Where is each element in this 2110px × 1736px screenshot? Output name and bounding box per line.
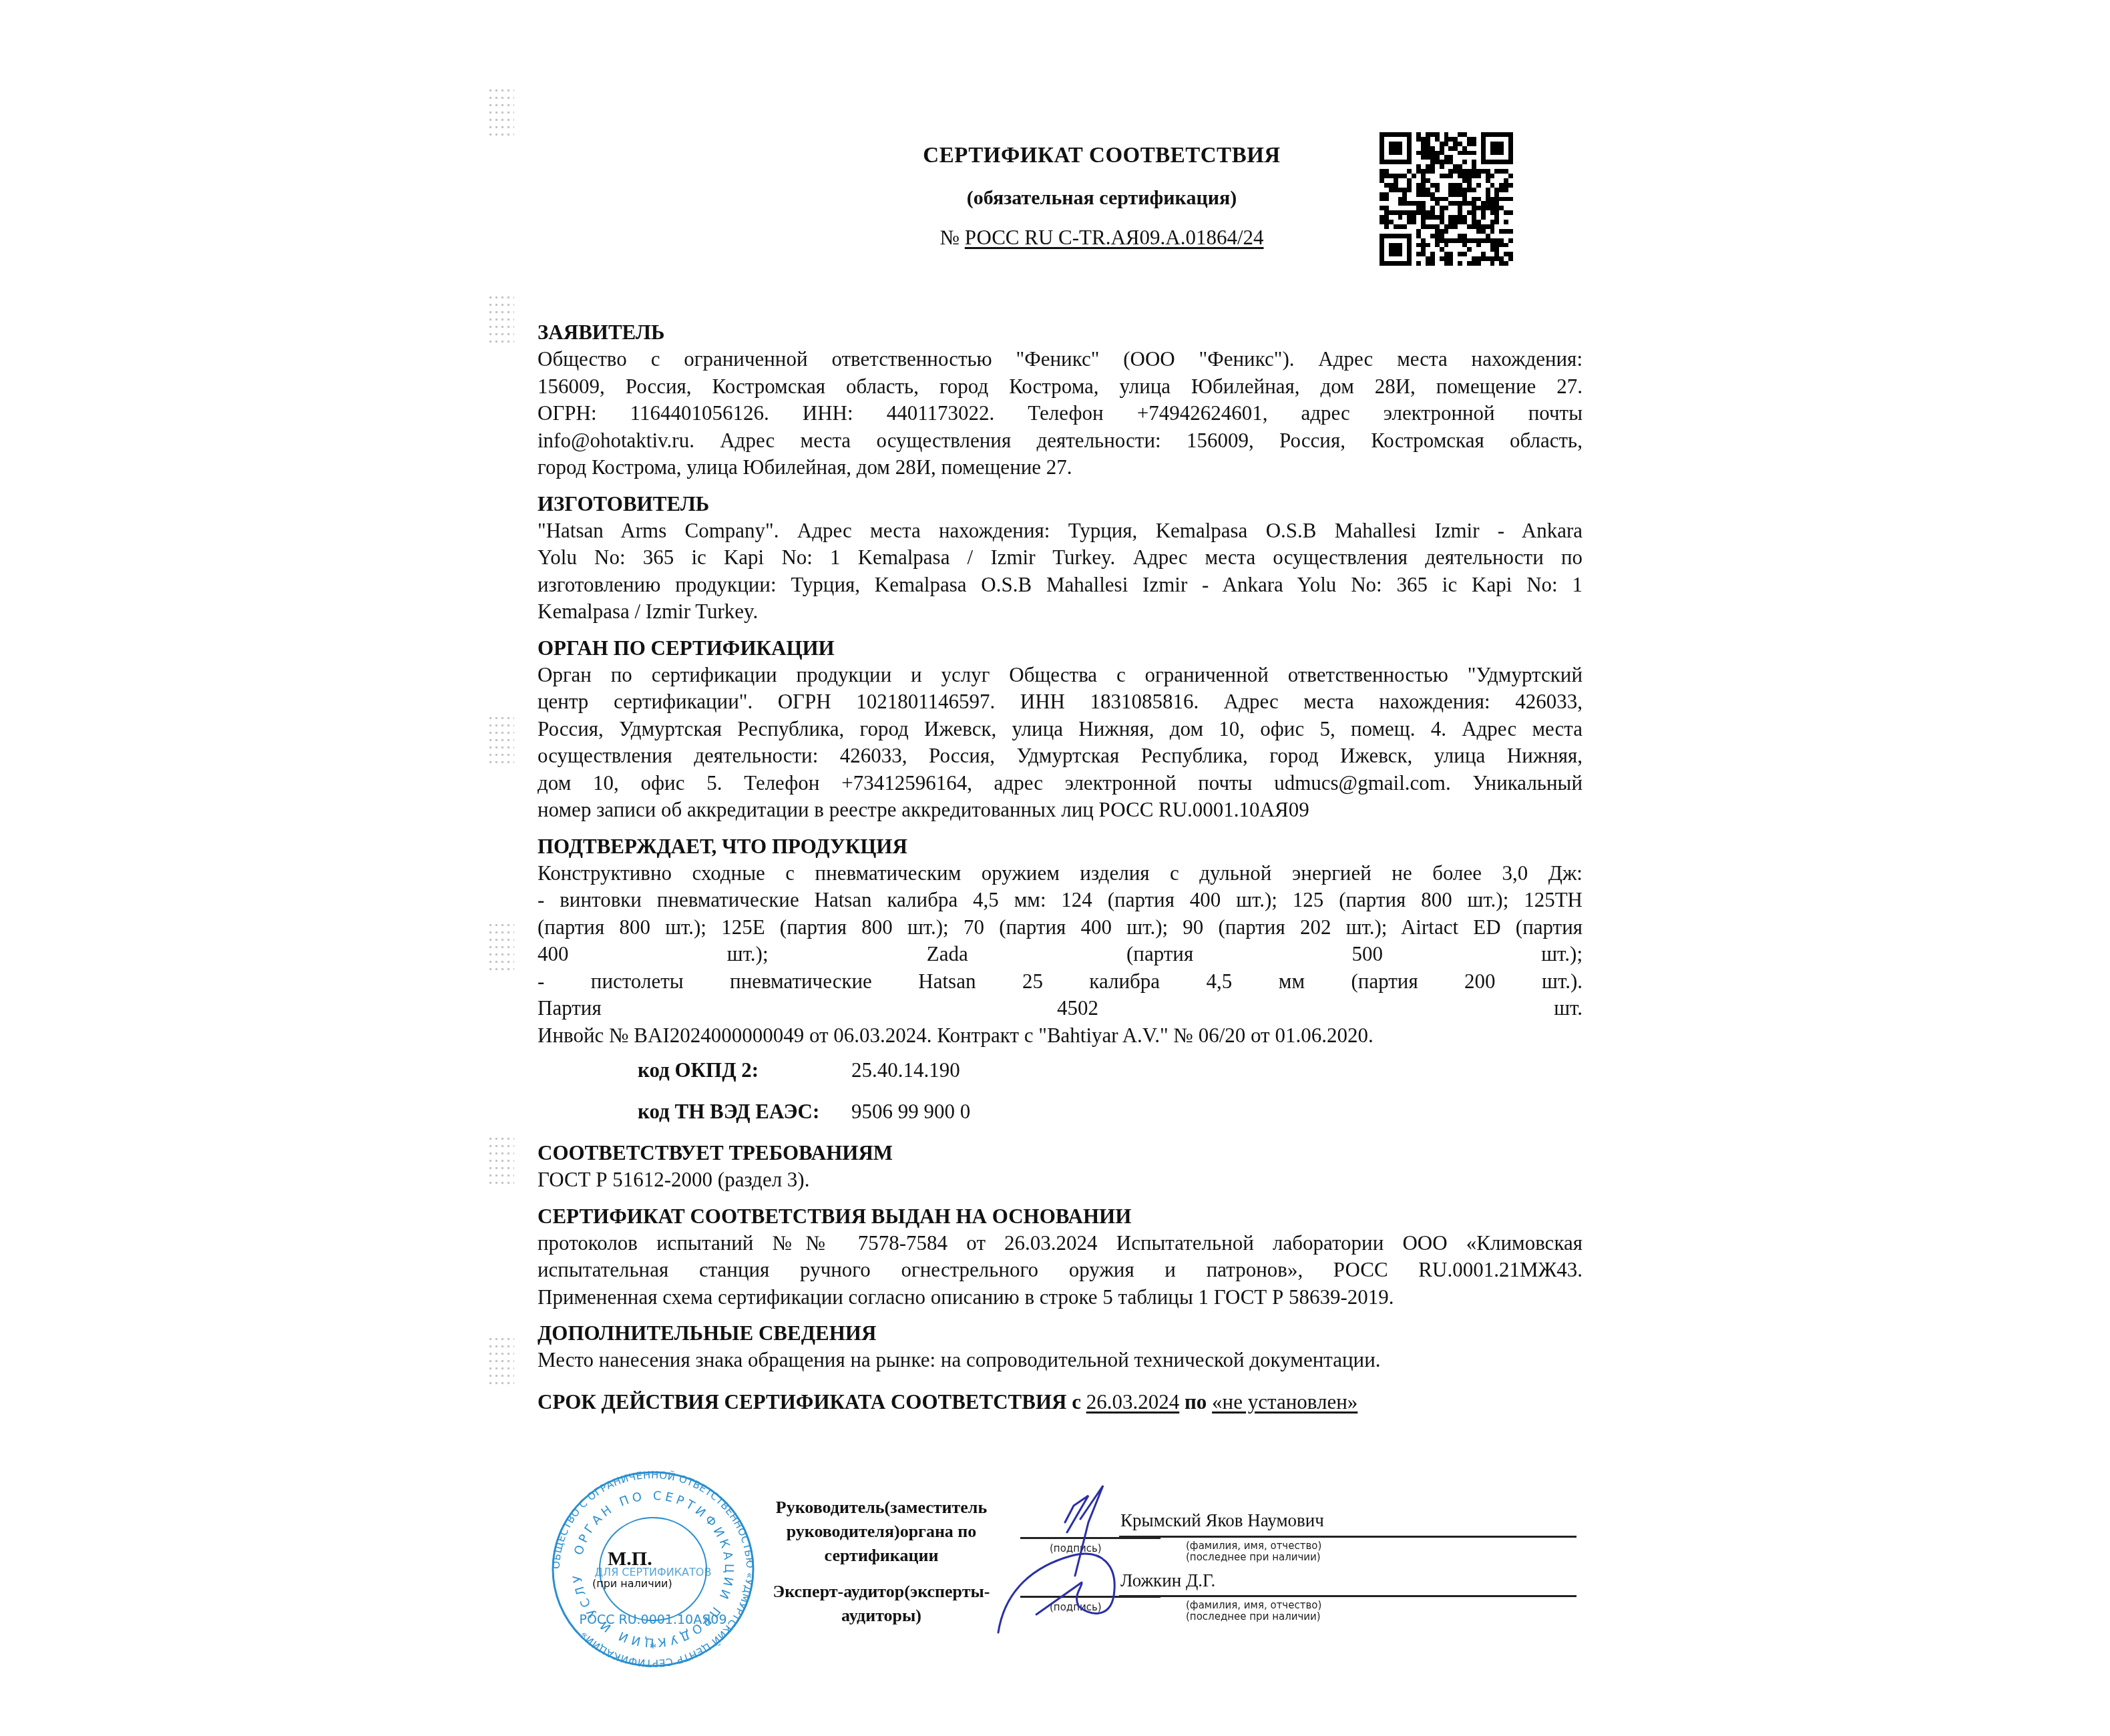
- stamp-note: (при наличии): [592, 1577, 672, 1590]
- validity-label: СРОК ДЕЙСТВИЯ СЕРТИФИКАТА СООТВЕТСТВИЯ: [538, 1390, 1066, 1414]
- code-value: 9506 99 900 0: [851, 1098, 970, 1125]
- text-line: info@ohotaktiv.ru. Адрес места осуществл…: [538, 427, 1582, 455]
- text-line: Kemalpasa / Izmir Turkey.: [538, 598, 1582, 626]
- text-line: изготовлению продукции: Турция, Kemalpas…: [538, 572, 1582, 599]
- text-line: Эксперт-аудитор: [773, 1582, 905, 1601]
- text-line: Орган по сертификации продукции и услуг …: [538, 662, 1582, 689]
- text-line: дом 10, офис 5. Телефон +73412596164, ад…: [538, 770, 1582, 797]
- code-label: код ОКПД 2:: [638, 1057, 851, 1084]
- section-heading: ДОПОЛНИТЕЛЬНЫЕ СВЕДЕНИЯ: [538, 1320, 1582, 1347]
- code-value: 25.40.14.190: [851, 1057, 960, 1084]
- text-line: испытательная станция ручного огнестрель…: [538, 1257, 1582, 1284]
- section-heading: ОРГАН ПО СЕРТИФИКАЦИИ: [538, 635, 1582, 662]
- text-line: ОГРН: 1164401056126. ИНН: 4401173022. Те…: [538, 400, 1582, 427]
- scan-artifact: [487, 294, 514, 347]
- validity-from-prefix: с: [1072, 1390, 1081, 1414]
- text-line: номер записи об аккредитации в реестре а…: [538, 797, 1582, 824]
- text-line: "Hatsan Arms Company". Адрес места нахож…: [538, 517, 1582, 545]
- validity-from-date: 26.03.2024: [1086, 1390, 1180, 1414]
- text-line: протоколов испытаний №№ 7578-7584 от 26.…: [538, 1230, 1582, 1257]
- certificate-page: СЕРТИФИКАТ СООТВЕТСТВИЯ (обязательная се…: [0, 0, 2110, 1736]
- svg-text:РОСС RU.0001.10АЯ09: РОСС RU.0001.10АЯ09: [579, 1612, 726, 1627]
- section-text: Орган по сертификации продукции и услуг …: [538, 662, 1582, 824]
- section-text: Конструктивно сходные с пневматическим о…: [538, 860, 1582, 1050]
- code-tnved: код ТН ВЭД ЕАЭС: 9506 99 900 0: [638, 1098, 1582, 1125]
- text-line: - пистолеты пневматические Hatsan 25 кал…: [538, 968, 1582, 996]
- text-line: ГОСТ Р 51612-2000 (раздел 3).: [538, 1166, 1582, 1194]
- role-expert: Эксперт-аудитор(эксперты-аудиторы): [741, 1580, 1022, 1628]
- section-heading: ПОДТВЕРЖДАЕТ, ЧТО ПРОДУКЦИЯ: [538, 833, 1582, 860]
- text-line: Примененная схема сертификации согласно …: [538, 1284, 1582, 1311]
- text-line: Конструктивно сходные с пневматическим о…: [538, 860, 1582, 887]
- stamp-mark: М.П.: [608, 1548, 652, 1570]
- signatory-roles: Руководитель(заместитель руководителя)ор…: [741, 1496, 1022, 1628]
- text-line: (партия 800 шт.); 125E (партия 800 шт.);…: [538, 914, 1582, 941]
- section-heading: СООТВЕТСТВУЕТ ТРЕБОВАНИЯМ: [538, 1140, 1582, 1166]
- scan-artifact: [487, 1135, 514, 1188]
- text-line: Россия, Удмуртская Республика, город Иже…: [538, 716, 1582, 743]
- certificate-number: № РОСС RU С-TR.АЯ09.А.01864/24: [801, 226, 1402, 250]
- section-basis: СЕРТИФИКАТ СООТВЕТСТВИЯ ВЫДАН НА ОСНОВАН…: [538, 1203, 1582, 1311]
- text-line: город Кострома, улица Юбилейная, дом 28И…: [538, 454, 1582, 481]
- section-text: протоколов испытаний №№ 7578-7584 от 26.…: [538, 1230, 1582, 1311]
- scan-artifact: [487, 1335, 514, 1389]
- qr-code-icon[interactable]: [1380, 132, 1513, 266]
- section-text: Место нанесения знака обращения на рынке…: [538, 1347, 1582, 1374]
- certificate-body: ЗАЯВИТЕЛЬ Общество с ограниченной ответс…: [538, 319, 1582, 1416]
- text-line: 400 шт.); Zada (партия 500 шт.);: [538, 941, 1582, 968]
- section-manufacturer: ИЗГОТОВИТЕЛЬ "Hatsan Arms Company". Адре…: [538, 491, 1582, 626]
- text-line: - винтовки пневматические Hatsan калибра…: [538, 887, 1582, 914]
- role-head: Руководитель(заместитель руководителя)ор…: [741, 1496, 1022, 1568]
- number-value: РОСС RU С-TR.АЯ09.А.01864/24: [965, 226, 1264, 249]
- section-requirements: СООТВЕТСТВУЕТ ТРЕБОВАНИЯМ ГОСТ Р 51612-2…: [538, 1140, 1582, 1194]
- section-applicant: ЗАЯВИТЕЛЬ Общество с ограниченной ответс…: [538, 319, 1582, 481]
- code-okpd2: код ОКПД 2: 25.40.14.190: [638, 1057, 1582, 1084]
- official-stamp-icon: ОБЩЕСТВО С ОГРАНИЧЕННОЙ ОТВЕТСТВЕННОСТЬЮ…: [549, 1469, 757, 1669]
- validity-period: СРОК ДЕЙСТВИЯ СЕРТИФИКАТА СООТВЕТСТВИЯ с…: [538, 1389, 1582, 1416]
- scan-artifact: [487, 921, 514, 975]
- certificate-subtitle: (обязательная сертификация): [801, 187, 1402, 210]
- text-line: 156009, Россия, Костромская область, гор…: [538, 373, 1582, 401]
- text-line: осуществления деятельности: 426033, Росс…: [538, 742, 1582, 770]
- section-text: "Hatsan Arms Company". Адрес места нахож…: [538, 517, 1582, 626]
- certificate-title: СЕРТИФИКАТ СООТВЕТСТВИЯ: [801, 144, 1402, 168]
- section-product: ПОДТВЕРЖДАЕТ, ЧТО ПРОДУКЦИЯ Конструктивн…: [538, 833, 1582, 1126]
- number-prefix: №: [939, 226, 960, 249]
- text-line: Yolu No: 365 ic Kapi No: 1 Kemalpasa / I…: [538, 544, 1582, 572]
- text-line: Место нанесения знака обращения на рынке…: [538, 1347, 1582, 1374]
- section-text: Общество с ограниченной ответственностью…: [538, 346, 1582, 481]
- product-codes: код ОКПД 2: 25.40.14.190 код ТН ВЭД ЕАЭС…: [638, 1057, 1582, 1125]
- section-heading: СЕРТИФИКАТ СООТВЕТСТВИЯ ВЫДАН НА ОСНОВАН…: [538, 1203, 1582, 1230]
- code-label: код ТН ВЭД ЕАЭС:: [638, 1098, 851, 1125]
- certificate-header: СЕРТИФИКАТ СООТВЕТСТВИЯ (обязательная се…: [801, 144, 1402, 250]
- validity-to-date: «не установлен»: [1212, 1390, 1357, 1414]
- text-line: Инвойс № BAI2024000000049 от 06.03.2024.…: [538, 1022, 1582, 1050]
- section-text: ГОСТ Р 51612-2000 (раздел 3).: [538, 1166, 1582, 1194]
- text-line: центр сертификации". ОГРН 1021801146597.…: [538, 688, 1582, 716]
- section-heading: ИЗГОТОВИТЕЛЬ: [538, 491, 1582, 517]
- scan-artifact: [487, 87, 514, 140]
- text-line: Общество с ограниченной ответственностью…: [538, 346, 1582, 373]
- validity-to-prefix: по: [1185, 1390, 1207, 1414]
- text-line: Партия 4502 шт.: [538, 995, 1582, 1022]
- section-heading: ЗАЯВИТЕЛЬ: [538, 319, 1582, 346]
- scan-artifact: [487, 714, 514, 768]
- section-certification-body: ОРГАН ПО СЕРТИФИКАЦИИ Орган по сертифика…: [538, 635, 1582, 824]
- section-additional: ДОПОЛНИТЕЛЬНЫЕ СВЕДЕНИЯ Место нанесения …: [538, 1320, 1582, 1374]
- text-line: Руководитель: [776, 1498, 885, 1517]
- svg-text:*: *: [650, 1639, 657, 1656]
- handwritten-signature-icon: [995, 1482, 1209, 1643]
